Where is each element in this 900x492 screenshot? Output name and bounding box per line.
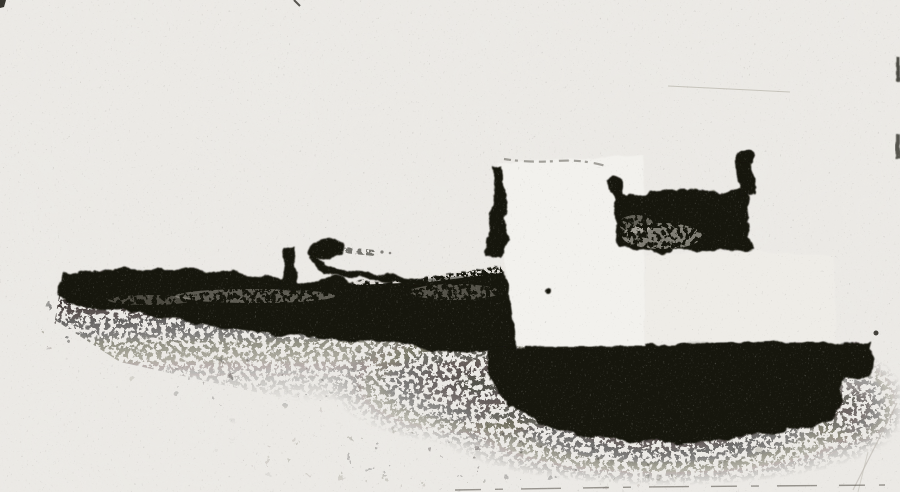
- boat-photograph: [0, 0, 900, 492]
- halftone-photo: [0, 0, 900, 492]
- light-grain-overlay: [0, 0, 900, 492]
